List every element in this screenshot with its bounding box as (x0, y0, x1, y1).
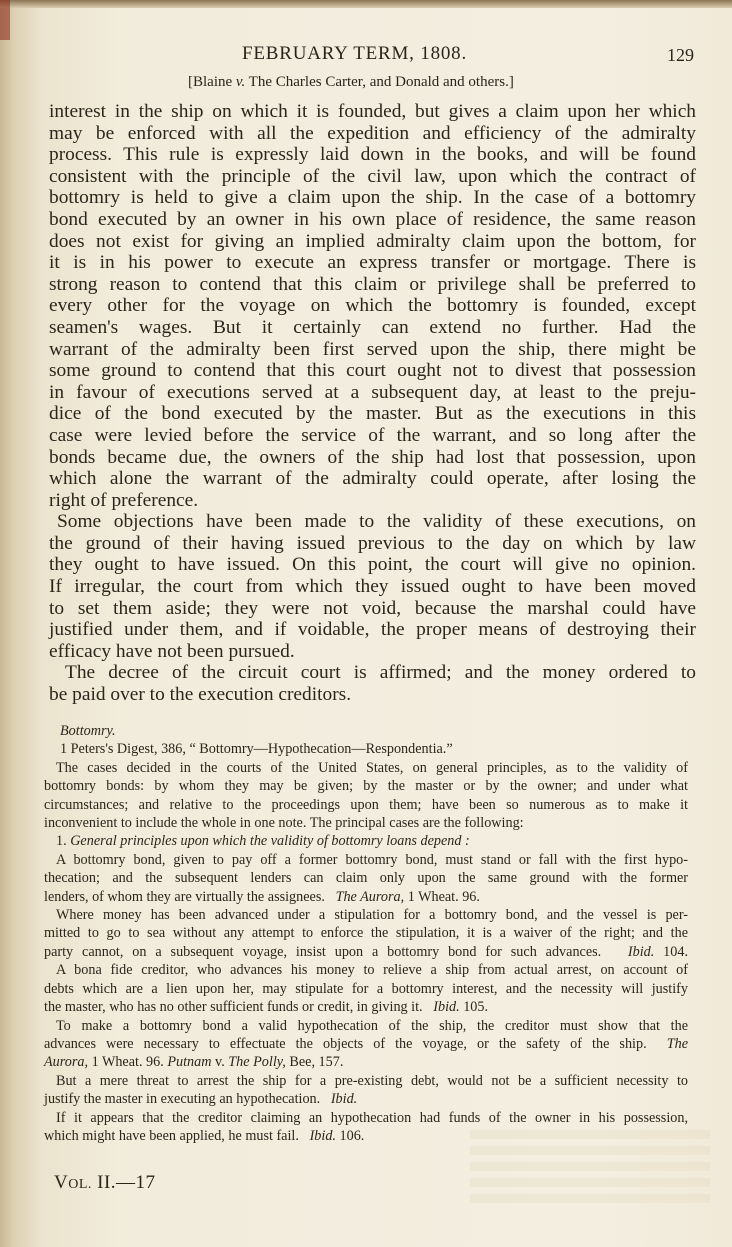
note-line: justify the master in executing an hypot… (44, 1090, 688, 1108)
case-citation: Aurora, (44, 1054, 88, 1070)
text-line: does not exist for giving an implied adm… (49, 231, 696, 253)
case-caption-versus: v. (236, 74, 245, 90)
note-line: A bona fide creditor, who advances his m… (44, 961, 688, 979)
page-top-edge (0, 0, 732, 8)
note-line: But a mere threat to arrest the ship for… (44, 1072, 688, 1090)
text-line: some ground to contend that this court o… (49, 360, 696, 382)
signature-ol: OL. (68, 1177, 92, 1192)
text-line: process. This rule is expressly laid dow… (49, 144, 696, 166)
text-line: every other for the voyage on which the … (49, 295, 696, 317)
text-line: bonds became due, the owners of the ship… (49, 447, 696, 469)
case-citation: The Polly, (228, 1054, 286, 1070)
citation-ref: 106. (336, 1128, 364, 1144)
note-text: advances were necessary to effectuate th… (44, 1036, 647, 1052)
note-text: justify the master in executing an hypot… (44, 1091, 320, 1107)
citation-ref: 104. (654, 944, 688, 960)
note-line: The cases decided in the courts of the U… (44, 759, 688, 777)
opinion-paragraph-2: Some objections have been made to the va… (49, 511, 696, 662)
note-line: circumstances; and relative to the proce… (44, 796, 688, 814)
case-citation: The (667, 1036, 688, 1052)
case-caption: [Blaine v. The Charles Carter, and Donal… (188, 74, 514, 91)
note-line: thecation; and the subsequent lenders ca… (44, 869, 688, 887)
text-line: seamen's wages. But it certainly can ext… (49, 317, 696, 339)
text-line: consistent with the principle of the civ… (49, 166, 696, 188)
note-line: inconvenient to include the whole in one… (44, 814, 688, 832)
signature-v: V (54, 1172, 68, 1193)
note-line: the master, who has no other sufficient … (44, 998, 688, 1016)
note-text: party cannot, on a subsequent voyage, in… (44, 944, 601, 960)
note-line: debts which are a lien upon her, may sti… (44, 980, 688, 998)
opinion-paragraph-1: interest in the ship on which it is foun… (49, 101, 696, 511)
footnote-bottomry: Bottomry. 1 Peters's Digest, 386, “ Bott… (44, 722, 688, 1145)
note-line: bottomry bonds: by whom they may be give… (44, 777, 688, 795)
text-line: strong reason to contend that this claim… (49, 274, 696, 296)
text-line: justified under them, and if voidable, t… (49, 619, 696, 641)
text-line: which alone the warrant of the admiralty… (49, 468, 696, 490)
text-line: efficacy have not been pursued. (49, 641, 696, 663)
text-line: warrant of the admiralty been first serv… (49, 339, 696, 361)
note-line: A bottomry bond, given to pay off a form… (44, 851, 688, 869)
running-head: FEBRUARY TERM, 1808. 129 (0, 43, 732, 67)
section-number: 1. (56, 833, 67, 849)
note-line: party cannot, on a subsequent voyage, in… (44, 943, 688, 961)
note-line: advances were necessary to effectuate th… (44, 1035, 688, 1053)
note-line: To make a bottomry bond a valid hypothec… (44, 1017, 688, 1035)
text-line: it is in his power to execute an express… (49, 252, 696, 274)
page-number: 129 (667, 45, 694, 66)
text-line: they ought to have issued. On this point… (49, 554, 696, 576)
note-text: lenders, of whom they are virtually the … (44, 889, 325, 905)
text-line: right of preference. (49, 490, 696, 512)
note-line: Where money has been advanced under a st… (44, 906, 688, 924)
running-title: FEBRUARY TERM, 1808. (242, 43, 467, 65)
text-line: If irregular, the court from which they … (49, 576, 696, 598)
digest-reference: 1 Peters's Digest, 386, “ Bottomry—Hypot… (44, 740, 688, 758)
note-line: mitted to go to sea without any attempt … (44, 924, 688, 942)
note-heading: Bottomry. (44, 722, 688, 740)
text-line: The decree of the circuit court is affir… (49, 662, 696, 684)
text-line: in favour of executions served at a subs… (49, 382, 696, 404)
note-text: which might have been applied, he must f… (44, 1128, 299, 1144)
citation-ref: 1 Wheat. 96. (88, 1054, 167, 1070)
text-line: case were levied before the service of t… (49, 425, 696, 447)
text-line: to set them aside; they were not void, b… (49, 598, 696, 620)
text-line: Some objections have been made to the va… (49, 511, 696, 533)
text-line: bottomry is held to give a claim upon th… (49, 187, 696, 209)
case-citation: Putnam (167, 1054, 211, 1070)
note-text: the master, who has no other sufficient … (44, 999, 423, 1015)
text-line: the ground of their having issued previo… (49, 533, 696, 555)
signature-volume: II.—17 (92, 1172, 156, 1193)
note-line: If it appears that the creditor claiming… (44, 1109, 688, 1127)
note-line: lenders, of whom they are virtually the … (44, 888, 688, 906)
case-citation: Ibid. (310, 1128, 336, 1144)
case-citation: Ibid. (331, 1091, 357, 1107)
text-line: bond executed by an owner in his own pla… (49, 209, 696, 231)
case-citation: Ibid. (433, 999, 459, 1015)
citation-ref: 1 Wheat. 96. (404, 889, 480, 905)
opinion-paragraph-3: The decree of the circuit court is affir… (49, 662, 696, 705)
case-citation: The Aurora, (336, 889, 405, 905)
binding-stain (0, 0, 10, 40)
signature-mark: VOL. II.—17 (54, 1172, 156, 1194)
text-line: dice of the bond executed by the master.… (49, 403, 696, 425)
case-caption-prefix: [Blaine (188, 74, 236, 90)
opinion-text: interest in the ship on which it is foun… (49, 101, 696, 706)
show-through-text (470, 1130, 710, 1210)
citation-ref: 105. (460, 999, 488, 1015)
book-page: FEBRUARY TERM, 1808. 129 [Blaine v. The … (0, 0, 732, 1247)
note-line: Aurora, 1 Wheat. 96. Putnam v. The Polly… (44, 1053, 688, 1071)
text-line: may be enforced with all the expedition … (49, 123, 696, 145)
section-title: General principles upon which the validi… (70, 833, 470, 849)
text-line: be paid over to the execution creditors. (49, 684, 696, 706)
case-caption-suffix: The Charles Carter, and Donald and other… (245, 74, 514, 90)
citation-ref: Bee, 157. (286, 1054, 344, 1070)
case-citation: Ibid. (628, 944, 654, 960)
text-line: interest in the ship on which it is foun… (49, 101, 696, 123)
section-heading: 1. General principles upon which the val… (44, 832, 688, 850)
citation-ref: v. (211, 1054, 228, 1070)
